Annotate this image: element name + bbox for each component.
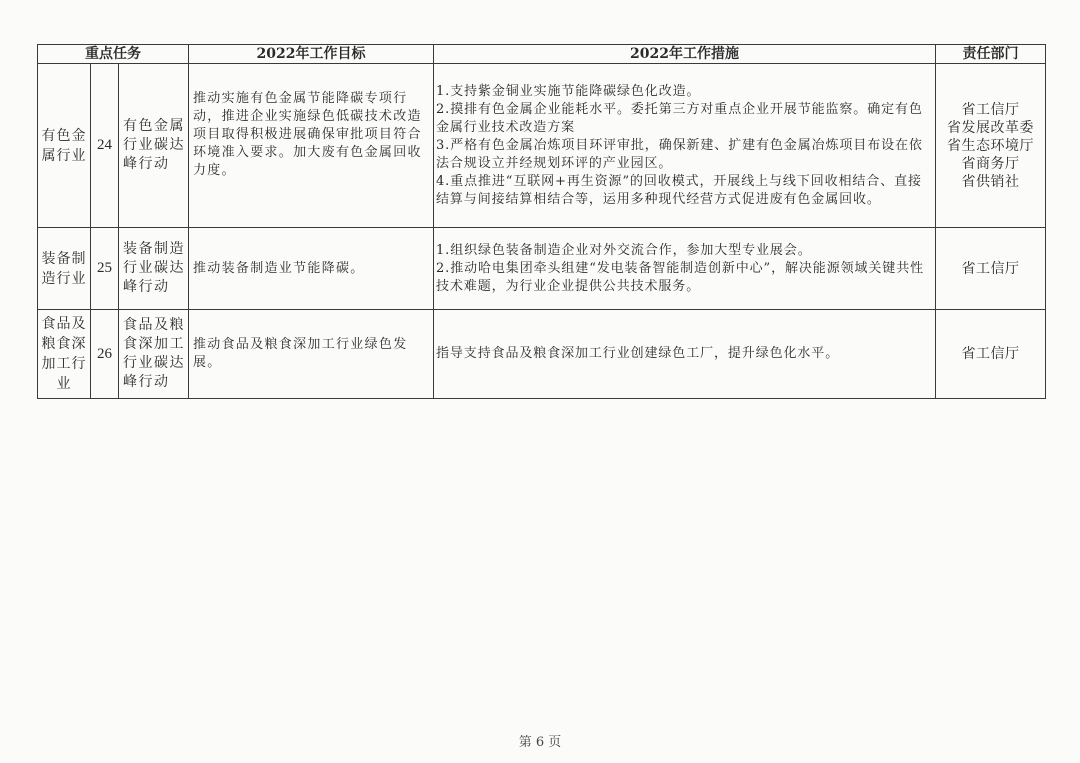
task-number: 25 [91,228,119,310]
dept-cell: 省工信厅 [936,310,1046,399]
measure-item: 3.严格有色金属冶炼项目环评审批，确保新建、扩建有色金属冶炼项目布设在依法合规设… [436,137,932,173]
task-number: 24 [91,64,119,228]
industry-cell: 有色金属行业 [38,64,91,228]
goal-text: 推动实施有色金属节能降碳专项行动，推进企业实施绿色低碳技术改造项目取得积极进展确… [193,90,430,202]
table-row: 有色金属行业 24 有色金属行业碳达峰行动 推动实施有色金属节能降碳专项行动，推… [38,64,1046,228]
measure-item: 1.支持紫金铜业实施节能降碳绿色化改造。 [436,83,932,101]
measures-cell: 1.组织绿色装备制造企业对外交流合作，参加大型专业展会。 2.推动哈电集团牵头组… [434,228,936,310]
measure-item: 2.摸排有色金属企业能耗水平。委托第三方对重点企业开展节能监察。确定有色金属行业… [436,101,932,137]
measure-item: 1.组织绿色装备制造企业对外交流合作，参加大型专业展会。 [436,242,932,260]
measure-item: 指导支持食品及粮食深加工行业创建绿色工厂，提升绿色化水平。 [436,345,932,363]
action-name: 有色金属行业碳达峰行动 [119,64,189,228]
dept-cell: 省工信厅 [936,228,1046,310]
goal-cell: 推动食品及粮食深加工行业绿色发展。 [189,310,434,399]
measure-item: 2.推动哈电集团牵头组建“发电装备智能制造创新中心”，解决能源领域关键共性技术难… [436,260,932,296]
dept-cell: 省工信厅 省发展改革委 省生态环境厅 省商务厅 省供销社 [936,64,1046,228]
header-dept: 责任部门 [936,45,1046,64]
measures-cell: 1.支持紫金铜业实施节能降碳绿色化改造。 2.摸排有色金属企业能耗水平。委托第三… [434,64,936,228]
task-number: 26 [91,310,119,399]
goal-cell: 推动装备制造业节能降碳。 [189,228,434,310]
dept-name: 省工信厅 [936,345,1045,363]
measure-item: 4.重点推进“互联网+再生资源”的回收模式，开展线上与线下回收相结合、直接结算与… [436,173,932,209]
table-row: 食品及粮食深加工行业 26 食品及粮食深加工行业碳达峰行动 推动食品及粮食深加工… [38,310,1046,399]
action-name: 食品及粮食深加工行业碳达峰行动 [119,310,189,399]
action-name: 装备制造行业碳达峰行动 [119,228,189,310]
dept-name: 省供销社 [936,173,1045,191]
action-plan-table: 重点任务 2022年工作目标 2022年工作措施 责任部门 有色金属行业 24 … [37,44,1046,399]
header-goal: 2022年工作目标 [189,45,434,64]
measures-cell: 指导支持食品及粮食深加工行业创建绿色工厂，提升绿色化水平。 [434,310,936,399]
industry-cell: 装备制造行业 [38,228,91,310]
dept-name: 省商务厅 [936,155,1045,173]
dept-name: 省工信厅 [936,260,1045,278]
industry-cell: 食品及粮食深加工行业 [38,310,91,399]
dept-name: 省工信厅 [936,101,1045,119]
page-number: 第 6 页 [0,731,1080,750]
dept-name: 省发展改革委 [936,119,1045,137]
header-task: 重点任务 [38,45,189,64]
table-header-row: 重点任务 2022年工作目标 2022年工作措施 责任部门 [38,45,1046,64]
goal-cell: 推动实施有色金属节能降碳专项行动，推进企业实施绿色低碳技术改造项目取得积极进展确… [189,64,434,228]
header-measures: 2022年工作措施 [434,45,936,64]
table-row: 装备制造行业 25 装备制造行业碳达峰行动 推动装备制造业节能降碳。 1.组织绿… [38,228,1046,310]
dept-name: 省生态环境厅 [936,137,1045,155]
